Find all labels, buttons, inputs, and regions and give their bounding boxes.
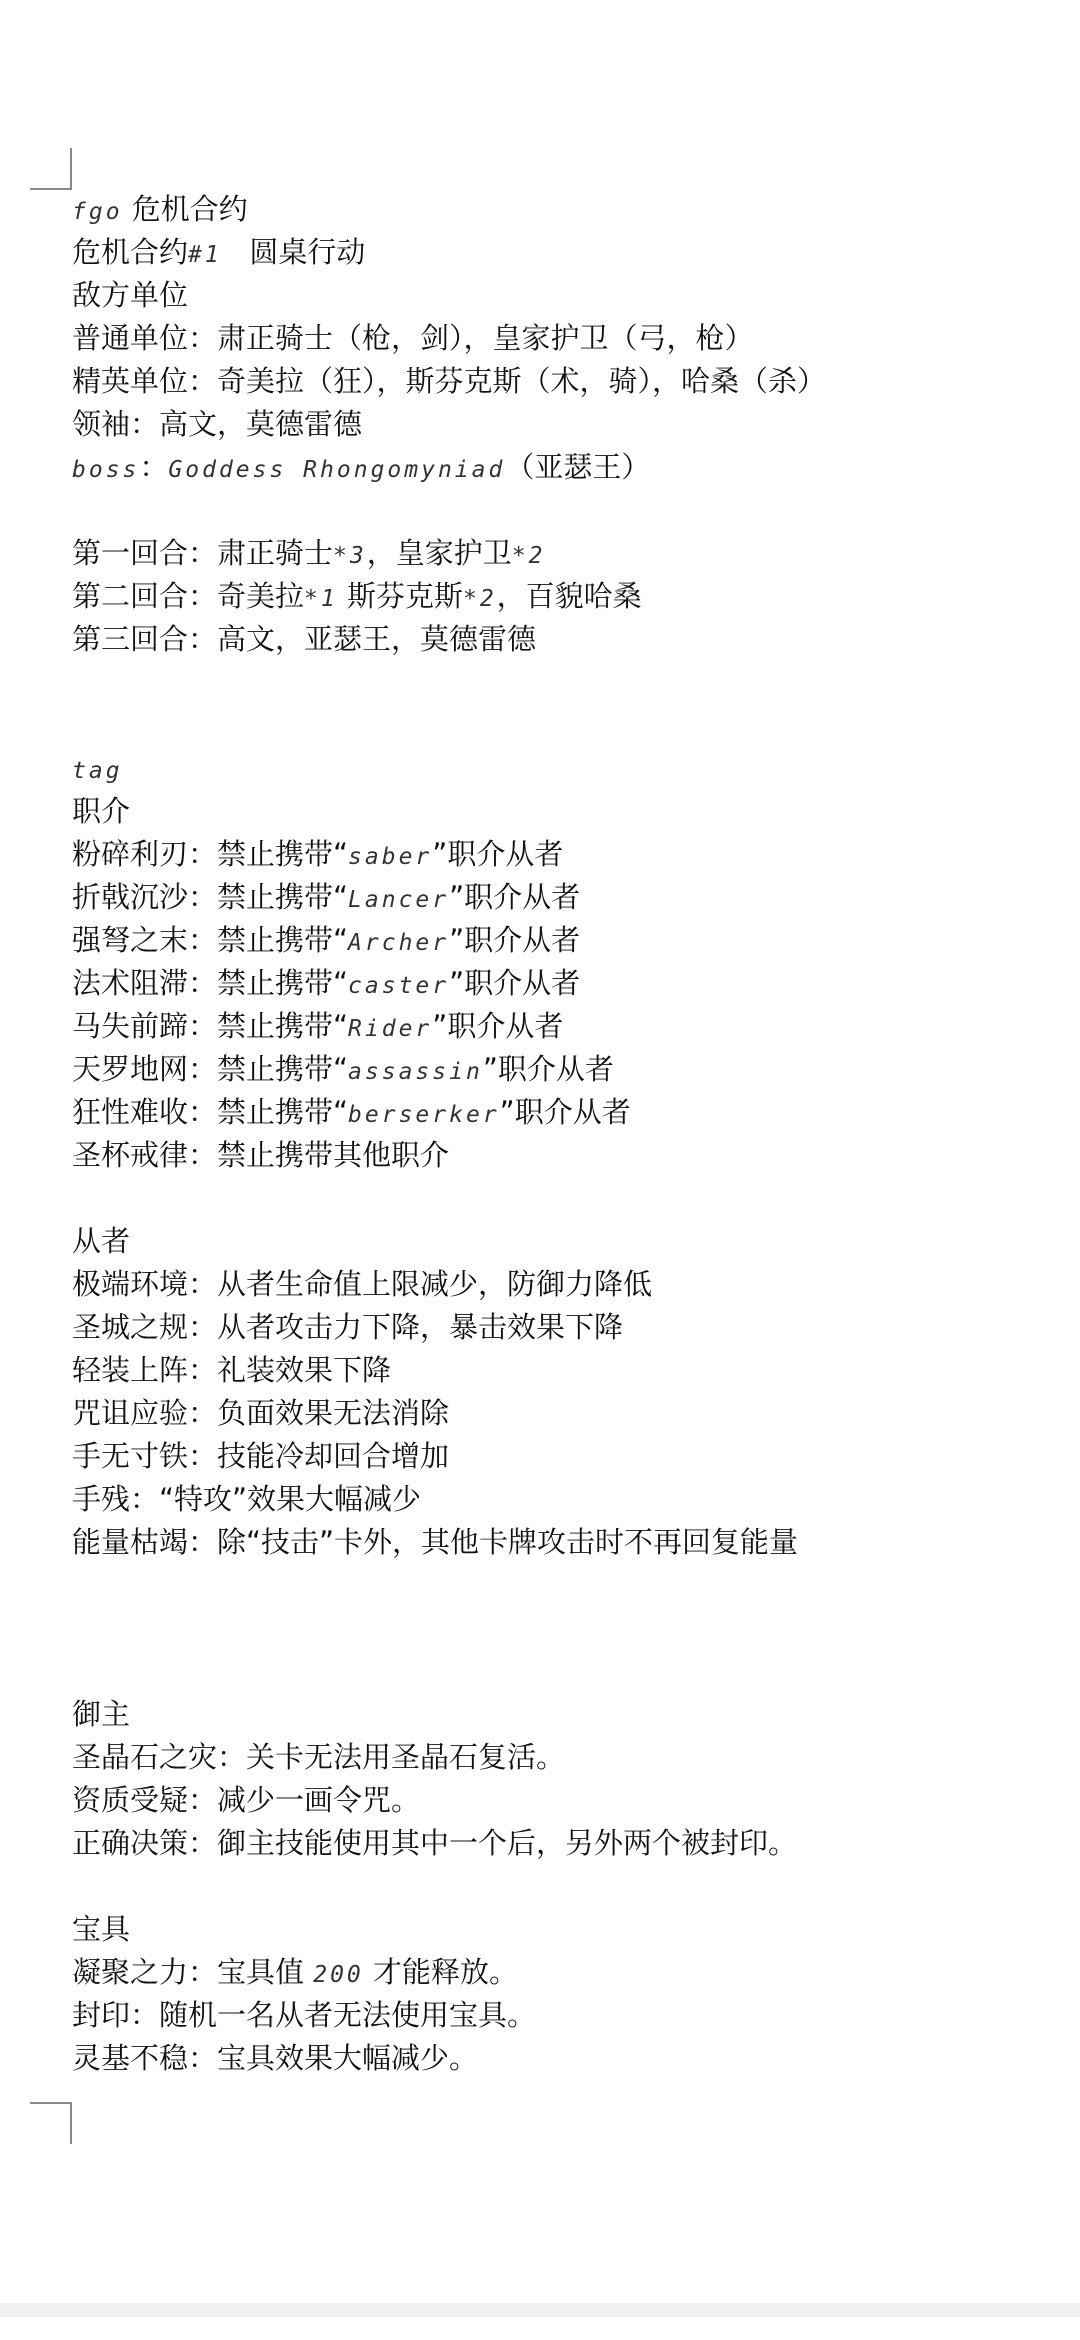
enemy-boss: boss：Goddess Rhongomyniad（亚瑟王）	[72, 446, 1032, 489]
servant-rule: 圣城之规：从者攻击力下降，暴击效果下降	[72, 1306, 1032, 1349]
page-corner-mark-bottom	[30, 2102, 72, 2144]
class-rule: 天罗地网：禁止携带“assassin”职介从者	[72, 1048, 1032, 1091]
servant-heading: 从者	[72, 1220, 1032, 1263]
np-rule: 封印：随机一名从者无法使用宝具。	[72, 1994, 1032, 2037]
servant-rule: 能量枯竭：除“技击”卡外，其他卡牌攻击时不再回复能量	[72, 1521, 1032, 1564]
enemy-elite: 精英单位：奇美拉（狂），斯芬克斯（术，骑），哈桑（杀）	[72, 360, 1032, 403]
servant-rule: 轻装上阵：礼装效果下降	[72, 1349, 1032, 1392]
class-rule: 法术阻滞：禁止携带“caster”职介从者	[72, 962, 1032, 1005]
round-line: 第二回合：奇美拉*1 斯芬克斯*2，百貌哈桑	[72, 575, 1032, 618]
document-body[interactable]: fgo 危机合约 危机合约#1 圆桌行动 敌方单位 普通单位：肃正骑士（枪，剑）…	[72, 188, 1032, 2080]
np-heading: 宝具	[72, 1908, 1032, 1951]
servant-rule: 手无寸铁：技能冷却回合增加	[72, 1435, 1032, 1478]
servant-rule: 手残：“特攻”效果大幅减少	[72, 1478, 1032, 1521]
class-rule: 圣杯戒律：禁止携带其他职介	[72, 1134, 1032, 1177]
doc-subtitle: 危机合约#1 圆桌行动	[72, 231, 1032, 274]
class-rule: 狂性难收：禁止携带“berserker”职介从者	[72, 1091, 1032, 1134]
master-rule: 资质受疑：减少一画令咒。	[72, 1779, 1032, 1822]
class-rule: 马失前蹄：禁止携带“Rider”职介从者	[72, 1005, 1032, 1048]
master-rule: 圣晶石之灾：关卡无法用圣晶石复活。	[72, 1736, 1032, 1779]
class-rule: 粉碎利刃：禁止携带“saber”职介从者	[72, 833, 1032, 876]
master-heading: 御主	[72, 1693, 1032, 1736]
page-corner-mark-top	[30, 148, 72, 190]
master-rule: 正确决策：御主技能使用其中一个后，另外两个被封印。	[72, 1822, 1032, 1865]
doc-title: fgo 危机合约	[72, 188, 1032, 231]
servant-rule: 极端环境：从者生命值上限减少，防御力降低	[72, 1263, 1032, 1306]
np-rule: 凝聚之力：宝具值 200 才能释放。	[72, 1951, 1032, 1994]
class-heading: 职介	[72, 790, 1032, 833]
tag-heading: tag	[72, 747, 1032, 790]
servant-rule: 咒诅应验：负面效果无法消除	[72, 1392, 1032, 1435]
np-rule: 灵基不稳：宝具效果大幅减少。	[72, 2037, 1032, 2080]
class-rule: 折戟沉沙：禁止携带“Lancer”职介从者	[72, 876, 1032, 919]
enemy-normal: 普通单位：肃正骑士（枪，剑），皇家护卫（弓，枪）	[72, 317, 1032, 360]
enemy-heading: 敌方单位	[72, 274, 1032, 317]
round-line: 第一回合：肃正骑士*3，皇家护卫*2	[72, 532, 1032, 575]
page-separator-bar	[0, 2303, 1080, 2317]
class-rule: 强弩之末：禁止携带“Archer”职介从者	[72, 919, 1032, 962]
round-line: 第三回合：高文，亚瑟王，莫德雷德	[72, 618, 1032, 661]
enemy-leader: 领袖：高文，莫德雷德	[72, 403, 1032, 446]
